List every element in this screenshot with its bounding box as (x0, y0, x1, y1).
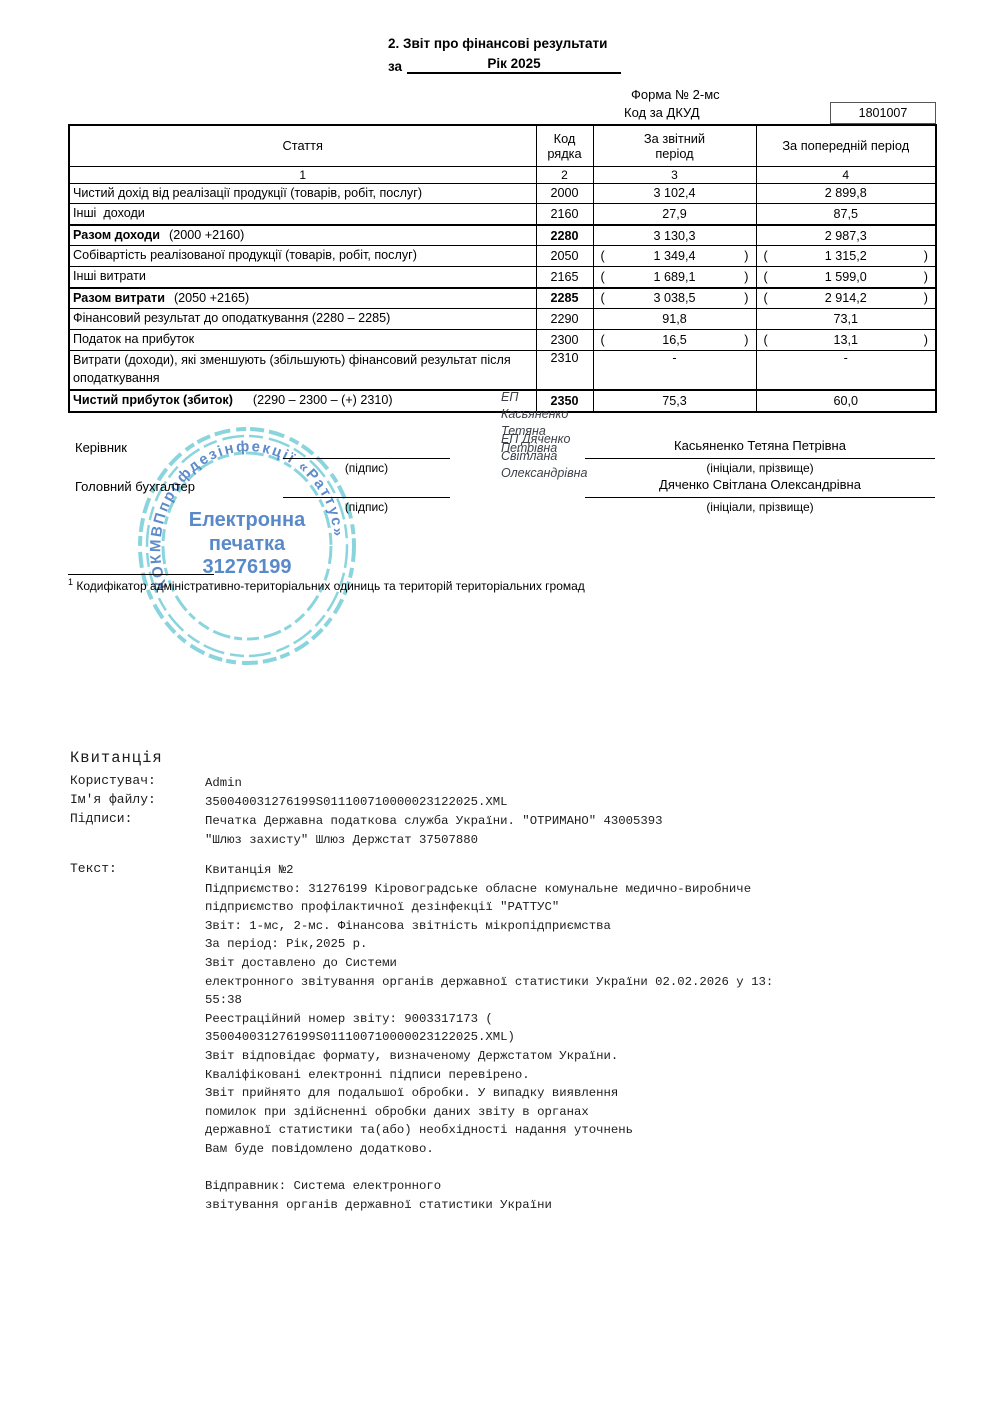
cell-article: Фінансовий результат до оподаткування (2… (69, 309, 536, 330)
cell-article: Разом витрати(2050 +2165) (69, 288, 536, 309)
cell-previous: - (756, 350, 936, 390)
table-numbering-row: 1 2 3 4 (69, 166, 936, 183)
report-title: 2. Звіт про фінансові результати (388, 36, 621, 51)
cell-code: 2050 (536, 246, 593, 267)
cell-code: 2280 (536, 225, 593, 246)
footnote-rule (68, 574, 214, 575)
accountant-signature-caption: (підпис) (283, 500, 450, 514)
cell-code: 2160 (536, 204, 593, 225)
cell-previous: (2 914,2) (756, 288, 936, 309)
accountant-name-caption: (ініціали, прізвище) (585, 500, 935, 514)
cell-previous: 60,0 (756, 390, 936, 412)
numbering-cell: 1 (69, 166, 536, 183)
table-row-total-expenses: Разом витрати(2050 +2165) 2285 (3 038,5)… (69, 288, 936, 309)
table-row: Податок на прибуток 2300 (16,5) (13,1) (69, 329, 936, 350)
table-row: Інші витрати 2165 (1 689,1) (1 599,0) (69, 267, 936, 288)
cell-current: (3 038,5) (593, 288, 756, 309)
paren-open: ( (601, 249, 605, 263)
cell-previous: (1 315,2) (756, 246, 936, 267)
numbering-cell: 3 (593, 166, 756, 183)
cell-current: (1 689,1) (593, 267, 756, 288)
paren-open: ( (764, 270, 768, 284)
director-name: Касьяненко Тетяна Петрівна (585, 438, 935, 459)
paren-open: ( (764, 333, 768, 347)
cell-current: - (593, 350, 756, 390)
cell-current: (1 349,4) (593, 246, 756, 267)
header-code: Код рядка (536, 125, 593, 166)
report-title-block: 2. Звіт про фінансові результати за Рік … (388, 36, 621, 74)
cell-current: 3 102,4 (593, 183, 756, 204)
table-row-total-income: Разом доходи(2000 +2160) 2280 3 130,3 2 … (69, 225, 936, 246)
dkud-label: Код за ДКУД (624, 105, 700, 120)
ep-signature-accountant: ЕП Дяченко Світлана Олександрівна (501, 431, 589, 482)
numbering-cell: 2 (536, 166, 593, 183)
accountant-name: Дяченко Світлана Олександрівна (585, 477, 935, 498)
dkud-code-box: 1801007 (830, 102, 936, 124)
cell-code: 2310 (536, 350, 593, 390)
paren-close: ) (744, 291, 748, 305)
signatures-value: Печатка Державна податкова служба Україн… (205, 812, 663, 849)
table-row: Фінансовий результат до оподаткування (2… (69, 309, 936, 330)
stamp-center-line3: 31276199 (203, 556, 292, 578)
footnote-text: Кодифікатор адміністративно-територіальн… (73, 579, 585, 593)
cell-code: 2165 (536, 267, 593, 288)
paren-open: ( (601, 291, 605, 305)
cell-previous: (1 599,0) (756, 267, 936, 288)
paren-close: ) (924, 270, 928, 284)
table-header-row: Стаття Код рядка За звітний період За по… (69, 125, 936, 166)
director-signature-line (283, 441, 450, 459)
paren-close: ) (924, 333, 928, 347)
cell-current: (16,5) (593, 329, 756, 350)
cell-code: 2285 (536, 288, 593, 309)
cell-article: Податок на прибуток (69, 329, 536, 350)
cell-article: Інші доходи (69, 204, 536, 225)
period-value: Рік 2025 (407, 56, 621, 74)
cell-current: 3 130,3 (593, 225, 756, 246)
cell-previous: 87,5 (756, 204, 936, 225)
cell-code: 2290 (536, 309, 593, 330)
accountant-signature-line (283, 480, 450, 498)
paren-open: ( (601, 333, 605, 347)
director-signature-caption: (підпис) (283, 461, 450, 475)
cell-article: Собівартість реалізованої продукції (тов… (69, 246, 536, 267)
user-label: Користувач: (70, 773, 156, 788)
paren-close: ) (744, 249, 748, 263)
paren-open: ( (764, 291, 768, 305)
table-row: Собівартість реалізованої продукції (тов… (69, 246, 936, 267)
header-article: Стаття (69, 125, 536, 166)
footnote: 1 Кодифікатор адміністративно-територіал… (68, 577, 585, 593)
table-row: Інші доходи 2160 27,9 87,5 (69, 204, 936, 225)
report-period-line: за Рік 2025 (388, 56, 621, 74)
role-director-label: Керівник (75, 440, 127, 455)
header-current-period: За звітний період (593, 125, 756, 166)
paren-close: ) (924, 291, 928, 305)
numbering-cell: 4 (756, 166, 936, 183)
paren-open: ( (764, 249, 768, 263)
receipt-title: Квитанція (70, 749, 163, 767)
electronic-stamp-seal: КОКМВПпрофдезінфекції «Раттус» Електронн… (108, 422, 390, 674)
cell-article: Інші витрати (69, 267, 536, 288)
cell-code: 2300 (536, 329, 593, 350)
user-value: Admin (205, 774, 242, 793)
table-row: Витрати (доходи), які зменшують (збільшу… (69, 350, 936, 390)
financial-results-table: Стаття Код рядка За звітний період За по… (68, 124, 937, 413)
role-accountant-label: Головний бухгалтер (75, 479, 195, 494)
cell-current: 27,9 (593, 204, 756, 225)
form-number-label: Форма № 2-мс (631, 87, 720, 102)
paren-close: ) (924, 249, 928, 263)
paren-close: ) (744, 270, 748, 284)
cell-previous: 2 899,8 (756, 183, 936, 204)
receipt-text-body: Квитанція №2 Підприємство: 31276199 Кіро… (205, 861, 805, 1214)
text-label: Текст: (70, 861, 117, 876)
cell-article: Чистий дохід від реалізації продукції (т… (69, 183, 536, 204)
director-name-caption: (ініціали, прізвище) (585, 461, 935, 475)
filename-label: Ім'я файлу: (70, 792, 156, 807)
signatures-label: Підписи: (70, 811, 132, 826)
cell-previous: 73,1 (756, 309, 936, 330)
filename-value: 350040031276199S011100710000023122025.XM… (205, 793, 508, 812)
cell-article: Разом доходи(2000 +2160) (69, 225, 536, 246)
report-page: КОКМВПпрофдезінфекції «Раттус» Електронн… (0, 0, 984, 1402)
cell-code: 2000 (536, 183, 593, 204)
header-previous-period: За попередній період (756, 125, 936, 166)
paren-open: ( (601, 270, 605, 284)
cell-article: Витрати (доходи), які зменшують (збільшу… (69, 350, 536, 390)
cell-previous: 2 987,3 (756, 225, 936, 246)
cell-current: 75,3 (593, 390, 756, 412)
period-prefix: за (388, 59, 402, 74)
paren-close: ) (744, 333, 748, 347)
cell-previous: (13,1) (756, 329, 936, 350)
table-row: Чистий дохід від реалізації продукції (т… (69, 183, 936, 204)
cell-article: Чистий прибуток (збиток)(2290 – 2300 – (… (69, 390, 536, 412)
receipt-section: Квитанція Користувач: Admin Ім'я файлу: … (70, 745, 950, 1215)
stamp-center-line2: печатка (209, 533, 286, 555)
cell-current: 91,8 (593, 309, 756, 330)
